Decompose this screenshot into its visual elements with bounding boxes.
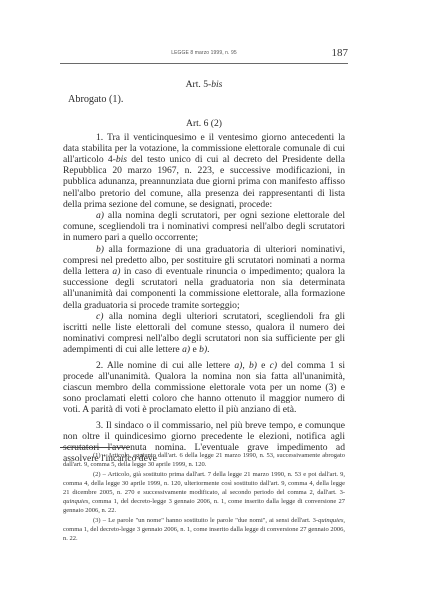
running-title: LEGGE 8 marzo 1999, n. 95 — [60, 50, 348, 56]
page-header: LEGGE 8 marzo 1999, n. 95 187 — [60, 47, 348, 64]
text-run: e — [190, 344, 199, 355]
paragraph-lettera-a: a) alla nomina degli scrutatori, per ogn… — [63, 210, 345, 244]
article-5bis-title: Art. 5-bis — [63, 79, 345, 90]
article-5bis-title-suffix: bis — [211, 79, 222, 90]
italic-text: c) — [270, 360, 277, 371]
italic-text: bis — [116, 154, 127, 165]
main-text: Art. 5-bis Abrogato (1). Art. 6 (2) 1. T… — [63, 79, 345, 465]
footnote-fn-3: (3) – Le parole "un nome" hanno sostitui… — [63, 516, 345, 543]
text-run: (1) – Articolo, aggiunto dall'art. 6 del… — [63, 452, 345, 468]
article-6-title: Art. 6 (2) — [63, 118, 345, 129]
text-run: (3) – Le parole "un nome" hanno sostitui… — [93, 517, 318, 524]
italic-text: b) — [96, 244, 104, 255]
footnotes: (1) – Articolo, aggiunto dall'art. 6 del… — [63, 451, 345, 543]
text-run: e — [257, 360, 270, 371]
footnote-separator — [60, 447, 130, 448]
text-run: , comma 1, del decreto-legge 3 gennaio 2… — [63, 498, 345, 514]
paragraph-comma-2: 2. Alle nomine di cui alle lettere a), b… — [63, 360, 345, 416]
paragraph-lettera-b: b) alla formazione di una graduatoria di… — [63, 244, 345, 311]
italic-text: b) — [199, 344, 207, 355]
italic-text: quinquies — [318, 517, 343, 524]
article-6-body: 1. Tra il venticinquesimo e il ventesimo… — [63, 132, 345, 465]
article-5bis-body: Abrogato (1). — [68, 94, 345, 105]
text-run: alla nomina degli scrutatori, per ogni s… — [63, 210, 345, 243]
italic-text: quinquies — [63, 498, 88, 505]
italic-text: a) — [182, 344, 190, 355]
italic-text: b) — [249, 360, 257, 371]
text-run: (2) – Articolo, già sostituito prima dal… — [63, 471, 345, 496]
text-run: , — [242, 360, 249, 371]
italic-text: a) — [96, 210, 104, 221]
paragraph-comma-1: 1. Tra il venticinquesimo e il ventesimo… — [63, 132, 345, 210]
page-number: 187 — [332, 47, 349, 59]
text-run: . — [207, 344, 209, 355]
footnote-fn-2: (2) – Articolo, già sostituito prima dal… — [63, 470, 345, 515]
footnote-fn-1: (1) – Articolo, aggiunto dall'art. 6 del… — [63, 451, 345, 469]
article-5bis-title-prefix: Art. 5- — [186, 79, 212, 90]
document-page: LEGGE 8 marzo 1999, n. 95 187 Art. 5-bis… — [0, 0, 430, 599]
text-run: 2. Alle nomine di cui alle lettere — [96, 360, 234, 371]
paragraph-lettera-c: c) alla nomina degli ulteriori scrutator… — [63, 311, 345, 356]
